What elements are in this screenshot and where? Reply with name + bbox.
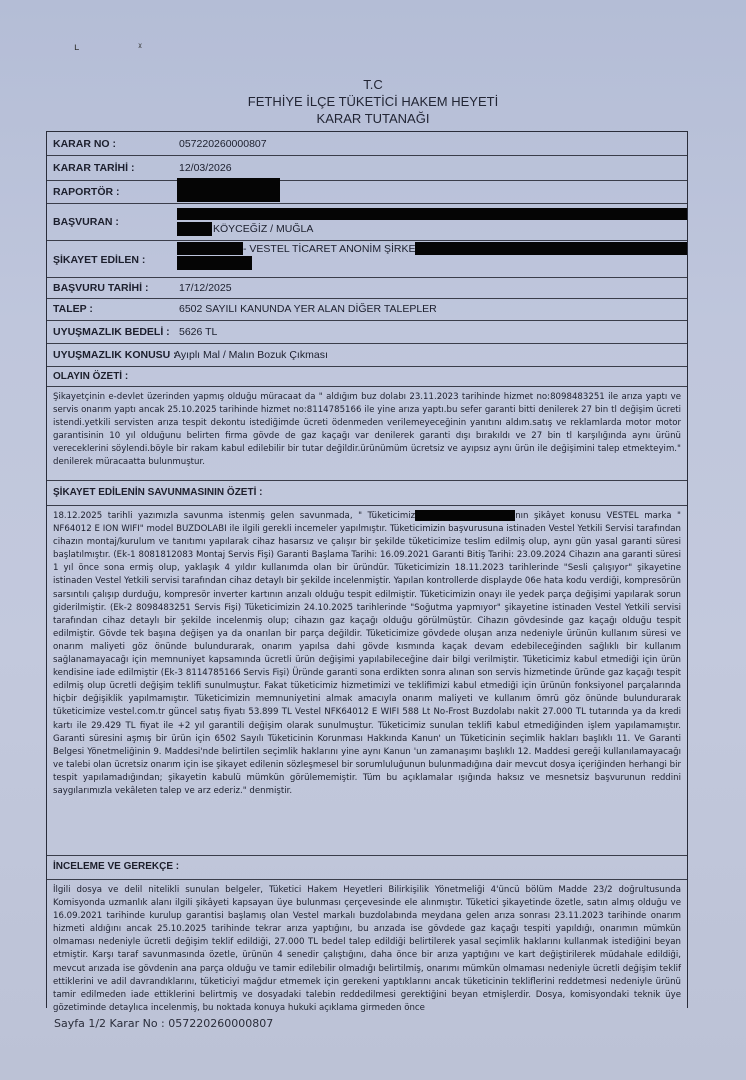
title-inceleme: İNCELEME VE GEREKÇE : bbox=[53, 861, 179, 872]
text-olayin-ozeti: Şikayetçinin e-devlet üzerinden yapmış o… bbox=[53, 391, 681, 470]
redaction-sikayet-address bbox=[177, 256, 252, 270]
text-savunma-part2: nın şikâyet konusu VESTEL marka " NF6401… bbox=[53, 511, 681, 796]
section-inceleme-header: İNCELEME VE GEREKÇE : bbox=[47, 855, 687, 880]
label-uyusmazlik-konusu: UYUŞMAZLIK KONUSU : bbox=[53, 349, 177, 361]
redaction-basvuran-name bbox=[177, 208, 687, 220]
label-raportor: RAPORTÖR : bbox=[53, 186, 120, 198]
page-footer: Sayfa 1/2 Karar No : 057220260000807 bbox=[54, 1017, 273, 1030]
value-sikayet-edilen: - VESTEL TİCARET ANONİM ŞİRKETİ - bbox=[243, 243, 431, 255]
redaction-sikayet-prefix bbox=[177, 242, 243, 255]
decision-form: KARAR NO : 057220260000807 KARAR TARİHİ … bbox=[46, 131, 688, 1008]
row-talep: TALEP : 6502 SAYILI KANUNDA YER ALAN DİĞ… bbox=[47, 298, 687, 321]
label-sikayet-edilen: ŞİKAYET EDİLEN : bbox=[53, 254, 145, 266]
label-karar-tarihi: KARAR TARİHİ : bbox=[53, 162, 134, 174]
value-uyusmazlik-bedeli: 5626 TL bbox=[179, 326, 217, 338]
section-savunma-header: ŞİKAYET EDİLENİN SAVUNMASININ ÖZETİ : bbox=[47, 480, 687, 506]
row-basvuran: BAŞVURAN : KÖYCEĞİZ / MUĞLA bbox=[47, 203, 687, 241]
row-karar-tarihi: KARAR TARİHİ : 12/03/2026 bbox=[47, 155, 687, 181]
text-savunma: 18.12.2025 tarihli yazımızla savunma ist… bbox=[53, 510, 681, 798]
value-karar-no: 057220260000807 bbox=[179, 138, 267, 150]
row-karar-no: KARAR NO : 057220260000807 bbox=[47, 132, 687, 156]
document-header: T.C FETHİYE İLÇE TÜKETİCİ HAKEM HEYETİ K… bbox=[0, 76, 746, 127]
redaction-sikayet-suffix bbox=[415, 242, 687, 255]
title-savunma: ŞİKAYET EDİLENİN SAVUNMASININ ÖZETİ : bbox=[53, 487, 262, 498]
value-uyusmazlik-konusu: Ayıplı Mal / Malın Bozuk Çıkması bbox=[174, 349, 328, 361]
row-uyusmazlik-bedeli: UYUŞMAZLIK BEDELİ : 5626 TL bbox=[47, 320, 687, 344]
redaction-raportor bbox=[177, 178, 280, 202]
row-uyusmazlik-konusu: UYUŞMAZLIK KONUSU : Ayıplı Mal / Malın B… bbox=[47, 343, 687, 367]
row-sikayet-edilen: ŞİKAYET EDİLEN : - VESTEL TİCARET ANONİM… bbox=[47, 240, 687, 278]
header-document-type: KARAR TUTANAĞI bbox=[0, 110, 746, 127]
value-basvuru-tarihi: 17/12/2025 bbox=[179, 282, 232, 294]
title-olayin-ozeti: OLAYIN ÖZETİ : bbox=[53, 371, 128, 382]
label-basvuru-tarihi: BAŞVURU TARİHİ : bbox=[53, 282, 148, 294]
label-talep: TALEP : bbox=[53, 303, 93, 315]
header-institution: FETHİYE İLÇE TÜKETİCİ HAKEM HEYETİ bbox=[0, 93, 746, 110]
section-inceleme-body: İlgili dosya ve delil nitelikli sunulan … bbox=[47, 879, 687, 1019]
redaction-basvuran-address bbox=[177, 222, 212, 236]
section-olayin-ozeti-header: OLAYIN ÖZETİ : bbox=[47, 366, 687, 387]
label-uyusmazlik-bedeli: UYUŞMAZLIK BEDELİ : bbox=[53, 326, 170, 338]
row-raportor: RAPORTÖR : bbox=[47, 180, 687, 204]
text-inceleme: İlgili dosya ve delil nitelikli sunulan … bbox=[53, 884, 681, 1015]
text-savunma-part1: 18.12.2025 tarihli yazımızla savunma ist… bbox=[53, 511, 415, 521]
section-savunma-body: 18.12.2025 tarihli yazımızla savunma ist… bbox=[47, 505, 687, 856]
row-basvuru-tarihi: BAŞVURU TARİHİ : 17/12/2025 bbox=[47, 277, 687, 299]
handwritten-marks: ʟ ᵡ bbox=[74, 42, 170, 53]
header-tc: T.C bbox=[0, 76, 746, 93]
section-olayin-ozeti-body: Şikayetçinin e-devlet üzerinden yapmış o… bbox=[47, 386, 687, 481]
value-karar-tarihi: 12/03/2026 bbox=[179, 162, 232, 174]
redaction-tuketici-name bbox=[415, 510, 515, 521]
value-talep: 6502 SAYILI KANUNDA YER ALAN DİĞER TALEP… bbox=[179, 303, 437, 315]
label-basvuran: BAŞVURAN : bbox=[53, 216, 119, 228]
label-karar-no: KARAR NO : bbox=[53, 138, 116, 150]
value-basvuran-city: KÖYCEĞİZ / MUĞLA bbox=[213, 223, 313, 235]
